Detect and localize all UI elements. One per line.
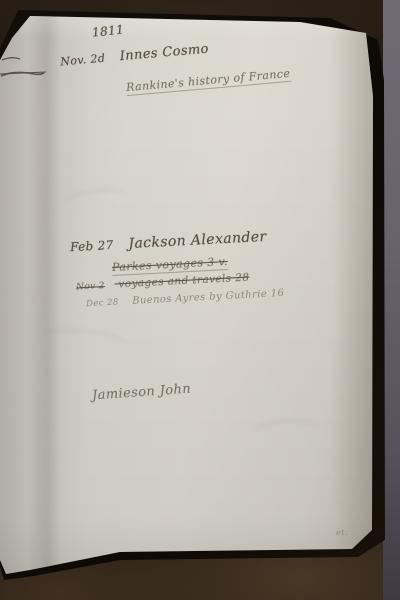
- entry-innes-book: Rankine's history of France: [126, 67, 291, 96]
- entry-innes-name: Innes Cosmo: [119, 42, 209, 65]
- background-wall-strip: [383, 0, 400, 600]
- jackson-loan-2-date: Nov 2: [76, 281, 105, 292]
- entry-jackson-date: Feb 27: [70, 238, 114, 254]
- jackson-loan-2: Nov 2 voyages and travels 28: [76, 271, 250, 292]
- jackson-loan-3: Dec 28 Buenos Ayres by Guthrie 16: [86, 288, 285, 309]
- page-right-shadow: [330, 30, 374, 550]
- jackson-loan-3-text: Buenos Ayres by Guthrie 16: [132, 288, 285, 307]
- entry-jackson-line: Feb 27 Jackson Alexander: [70, 229, 267, 255]
- ledger-page: 1811 Nov. 2d Innes Cosmo Rankine's histo…: [0, 0, 400, 600]
- entry-jackson-name: Jackson Alexander: [128, 229, 267, 252]
- page-gutter-shadow: [0, 10, 90, 590]
- showthrough-ghost: [249, 417, 321, 447]
- edge-scribble: [0, 52, 52, 86]
- jackson-loan-3-date: Dec 28: [86, 297, 119, 309]
- entry-jamieson-name: Jamieson John: [92, 382, 192, 404]
- entry-innes-date: Nov. 2d: [60, 52, 106, 69]
- ledger-photo: 1811 Nov. 2d Innes Cosmo Rankine's histo…: [0, 0, 400, 600]
- corner-mark: et.: [336, 528, 348, 537]
